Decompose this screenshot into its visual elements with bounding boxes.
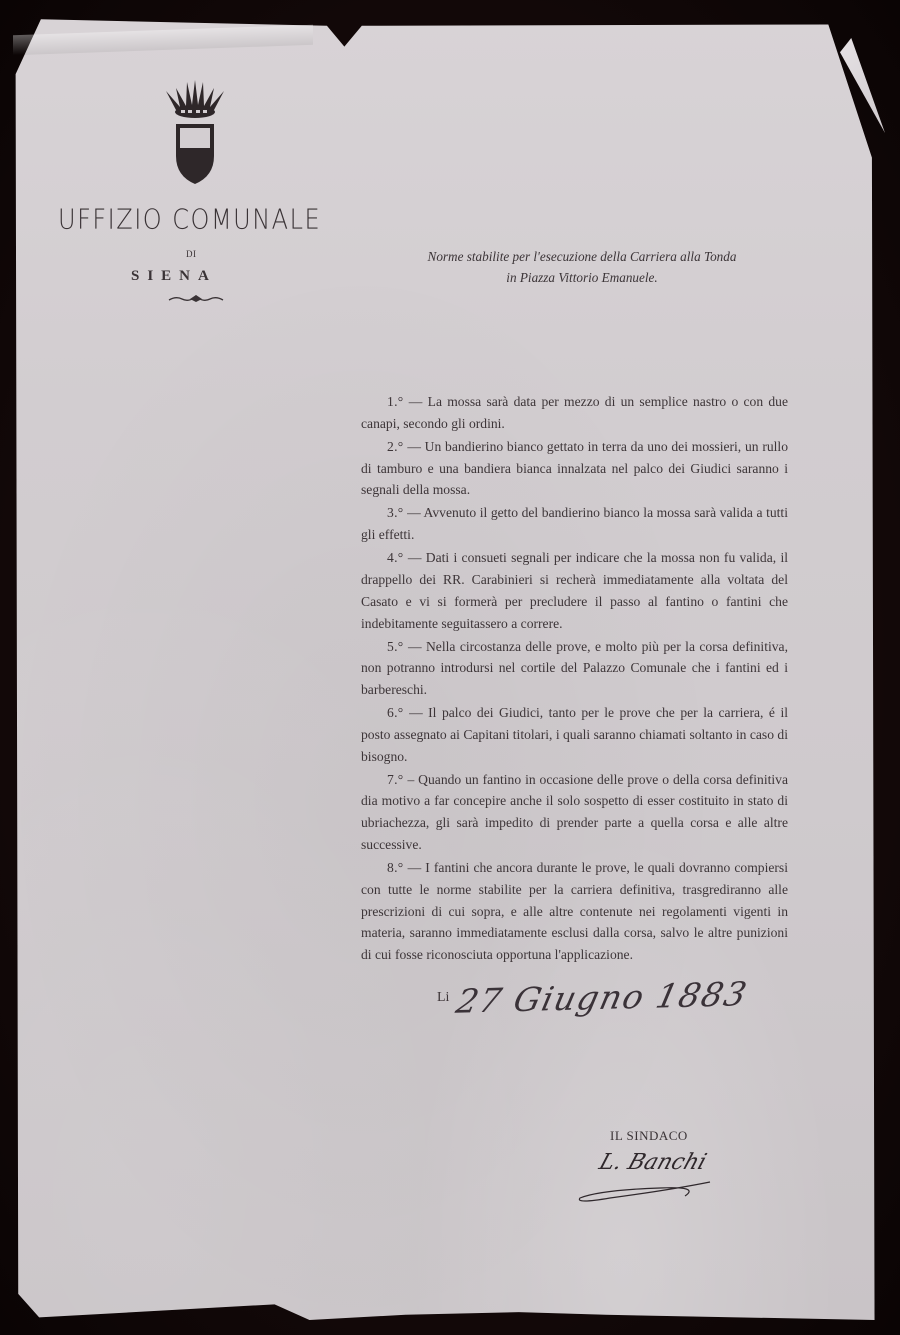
regulation-text: — Nella circostanza delle prove, e molto… [361, 639, 788, 698]
office-heading: UFFIZIO COMUNALE [58, 203, 338, 235]
city-name: SIENA [131, 268, 217, 285]
regulation-text: — La mossa sarà data per mezzo di un sem… [361, 394, 788, 431]
regulation-text: — Dati i consueti segnali per indicare c… [361, 550, 788, 630]
flourish-ornament-icon [168, 294, 224, 304]
regulation-text: – Quando un fantino in occasione delle p… [361, 772, 788, 852]
regulation-item: 7.° – Quando un fantino in occasione del… [361, 769, 788, 856]
regulation-item: 6.° — Il palco dei Giudici, tanto per le… [361, 702, 788, 767]
regulation-item: 5.° — Nella circostanza delle prove, e m… [361, 636, 788, 701]
regulation-text: — Il palco dei Giudici, tanto per le pro… [361, 705, 788, 764]
regulation-number: 5.° [387, 639, 404, 654]
subtitle-line-2: in Piazza Vittorio Emanuele. [372, 267, 792, 288]
regulation-item: 3.° — Avvenuto il getto del bandierino b… [361, 502, 788, 546]
regulation-number: 2.° [387, 439, 404, 454]
regulation-number: 3.° [387, 505, 404, 520]
regulation-item: 8.° — I fantini che ancora durante le pr… [361, 857, 788, 966]
document-subtitle: Norme stabilite per l'esecuzione della C… [372, 246, 792, 288]
crowned-shield-icon [162, 78, 228, 188]
office-di: DI [186, 249, 197, 259]
regulation-number: 8.° [387, 860, 404, 875]
regulation-number: 1.° [387, 394, 404, 409]
regulation-item: 4.° — Dati i consueti segnali per indica… [361, 547, 788, 634]
regulation-number: 4.° [387, 550, 404, 565]
regulation-text: — Avvenuto il getto del bandierino bianc… [361, 505, 788, 542]
regulation-item: 2.° — Un bandierino bianco gettato in te… [361, 436, 788, 501]
regulation-item: 1.° — La mossa sarà data per mezzo di un… [361, 391, 788, 435]
handwritten-date: 27 Giugno 1883 [453, 974, 752, 1021]
regulation-text: — Un bandierino bianco gettato in terra … [361, 439, 788, 498]
regulation-text: — I fantini che ancora durante le prove,… [361, 860, 788, 962]
mayor-title: IL SINDACO [610, 1128, 688, 1144]
regulations-list: 1.° — La mossa sarà data per mezzo di un… [361, 391, 788, 967]
signature-flourish-icon [570, 1160, 720, 1210]
date-prefix: Li [437, 990, 449, 1006]
regulation-number: 7.° [387, 772, 404, 787]
subtitle-line-1: Norme stabilite per l'esecuzione della C… [372, 246, 792, 267]
regulation-number: 6.° [387, 705, 404, 720]
